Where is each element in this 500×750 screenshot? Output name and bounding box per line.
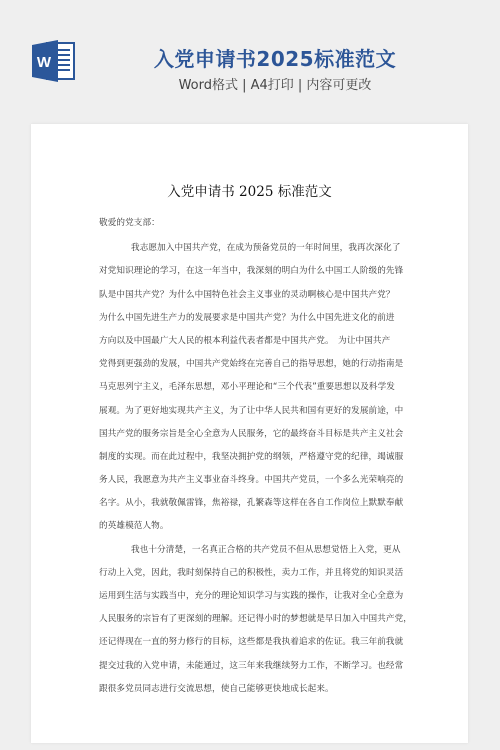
- paragraph-line: 制度的实现。而在此过程中，我坚决拥护党的纲领，严格遵守党的纪律，竭诚服: [99, 446, 405, 469]
- document-page: 入党申请书 2025 标准范文 敬爱的党支部： 我志愿加入中国共产党，在成为预备…: [31, 124, 468, 743]
- salutation: 敬爱的党支部：: [99, 212, 405, 235]
- paragraph-line: 运用到生活与实践当中，充分的理论知识学习与实践的操作，让我对全心全意为: [99, 585, 405, 608]
- document-title: 入党申请书 2025 标准范文: [31, 180, 468, 200]
- paragraph-line: 党得到更强劲的发展，中国共产党始终在完善自己的指导思想，她的行动指南是: [99, 353, 405, 376]
- paragraph-line: 对党知识理论的学习，在这一年当中，我深刻的明白为什么中国工人阶级的先锋: [99, 260, 405, 283]
- paragraph-line: 队是中国共产党？为什么中国特色社会主义事业的灵动啊核心是中国共产党？: [99, 284, 405, 307]
- paragraph-line: 马克思列宁主义，毛泽东思想，邓小平理论和“三个代表”重要思想以及科学发: [99, 376, 405, 399]
- paragraph-line: 务人民，我愿意为共产主义事业奋斗终身。中国共产党员，一个多么光荣响亮的: [99, 469, 405, 492]
- paragraph-line: 的英雄模范人物。: [99, 515, 405, 538]
- paragraph-line: 提交过我的入党申请，未能通过，这三年来我继续努力工作，不断学习。也经常: [99, 655, 405, 678]
- paragraph-line: 还记得现在一直的努力修行的目标，这些都是我执着追求的佐证。我三年前我就: [99, 631, 405, 654]
- paragraph-line: 我志愿加入中国共产党，在成为预备党员的一年时间里，我再次深化了: [99, 237, 405, 260]
- page-subtitle: Word格式 | A4打印 | 内容可更改: [140, 74, 410, 93]
- paragraph-line: 名字。从小，我就敬佩雷锋，焦裕禄，孔繁森等这样在各自工作岗位上默默奉献: [99, 492, 405, 515]
- paragraph-line: 国共产党的服务宗旨是全心全意为人民服务，它的最终奋斗目标是共产主义社会: [99, 423, 405, 446]
- paragraph-line: 我也十分清楚，一名真正合格的共产党员不但从思想觉悟上入党，更从: [99, 539, 405, 562]
- paragraph-line: 人民服务的宗旨有了更深刻的理解。还记得小时的梦想就是早日加入中国共产党，: [99, 608, 405, 631]
- svg-text:W: W: [37, 54, 52, 71]
- paragraph-line: 展观。为了更好地实现共产主义，为了让中华人民共和国有更好的发展前途，中: [99, 400, 405, 423]
- paragraph-line: 为什么中国先进生产力的发展要求是中国共产党？为什么中国先进文化的前进: [99, 307, 405, 330]
- word-document-icon: W: [32, 40, 76, 82]
- paragraph-line: 方向以及中国最广大人民的根本利益代表者都是中国共产党。 为让中国共产: [99, 330, 405, 353]
- paragraph-line: 行动上入党，因此，我时刻保持自己的积极性，卖力工作，并且将党的知识灵活: [99, 562, 405, 585]
- page-title: 入党申请书2025标准范文: [140, 43, 410, 72]
- paragraph-line: 跟很多党员同志进行交流思想，使自己能够更快地成长起来。: [99, 678, 405, 701]
- preview-header: W 入党申请书2025标准范文 Word格式 | A4打印 | 内容可更改: [0, 0, 500, 124]
- document-body: 敬爱的党支部： 我志愿加入中国共产党，在成为预备党员的一年时间里，我再次深化了 …: [99, 214, 405, 701]
